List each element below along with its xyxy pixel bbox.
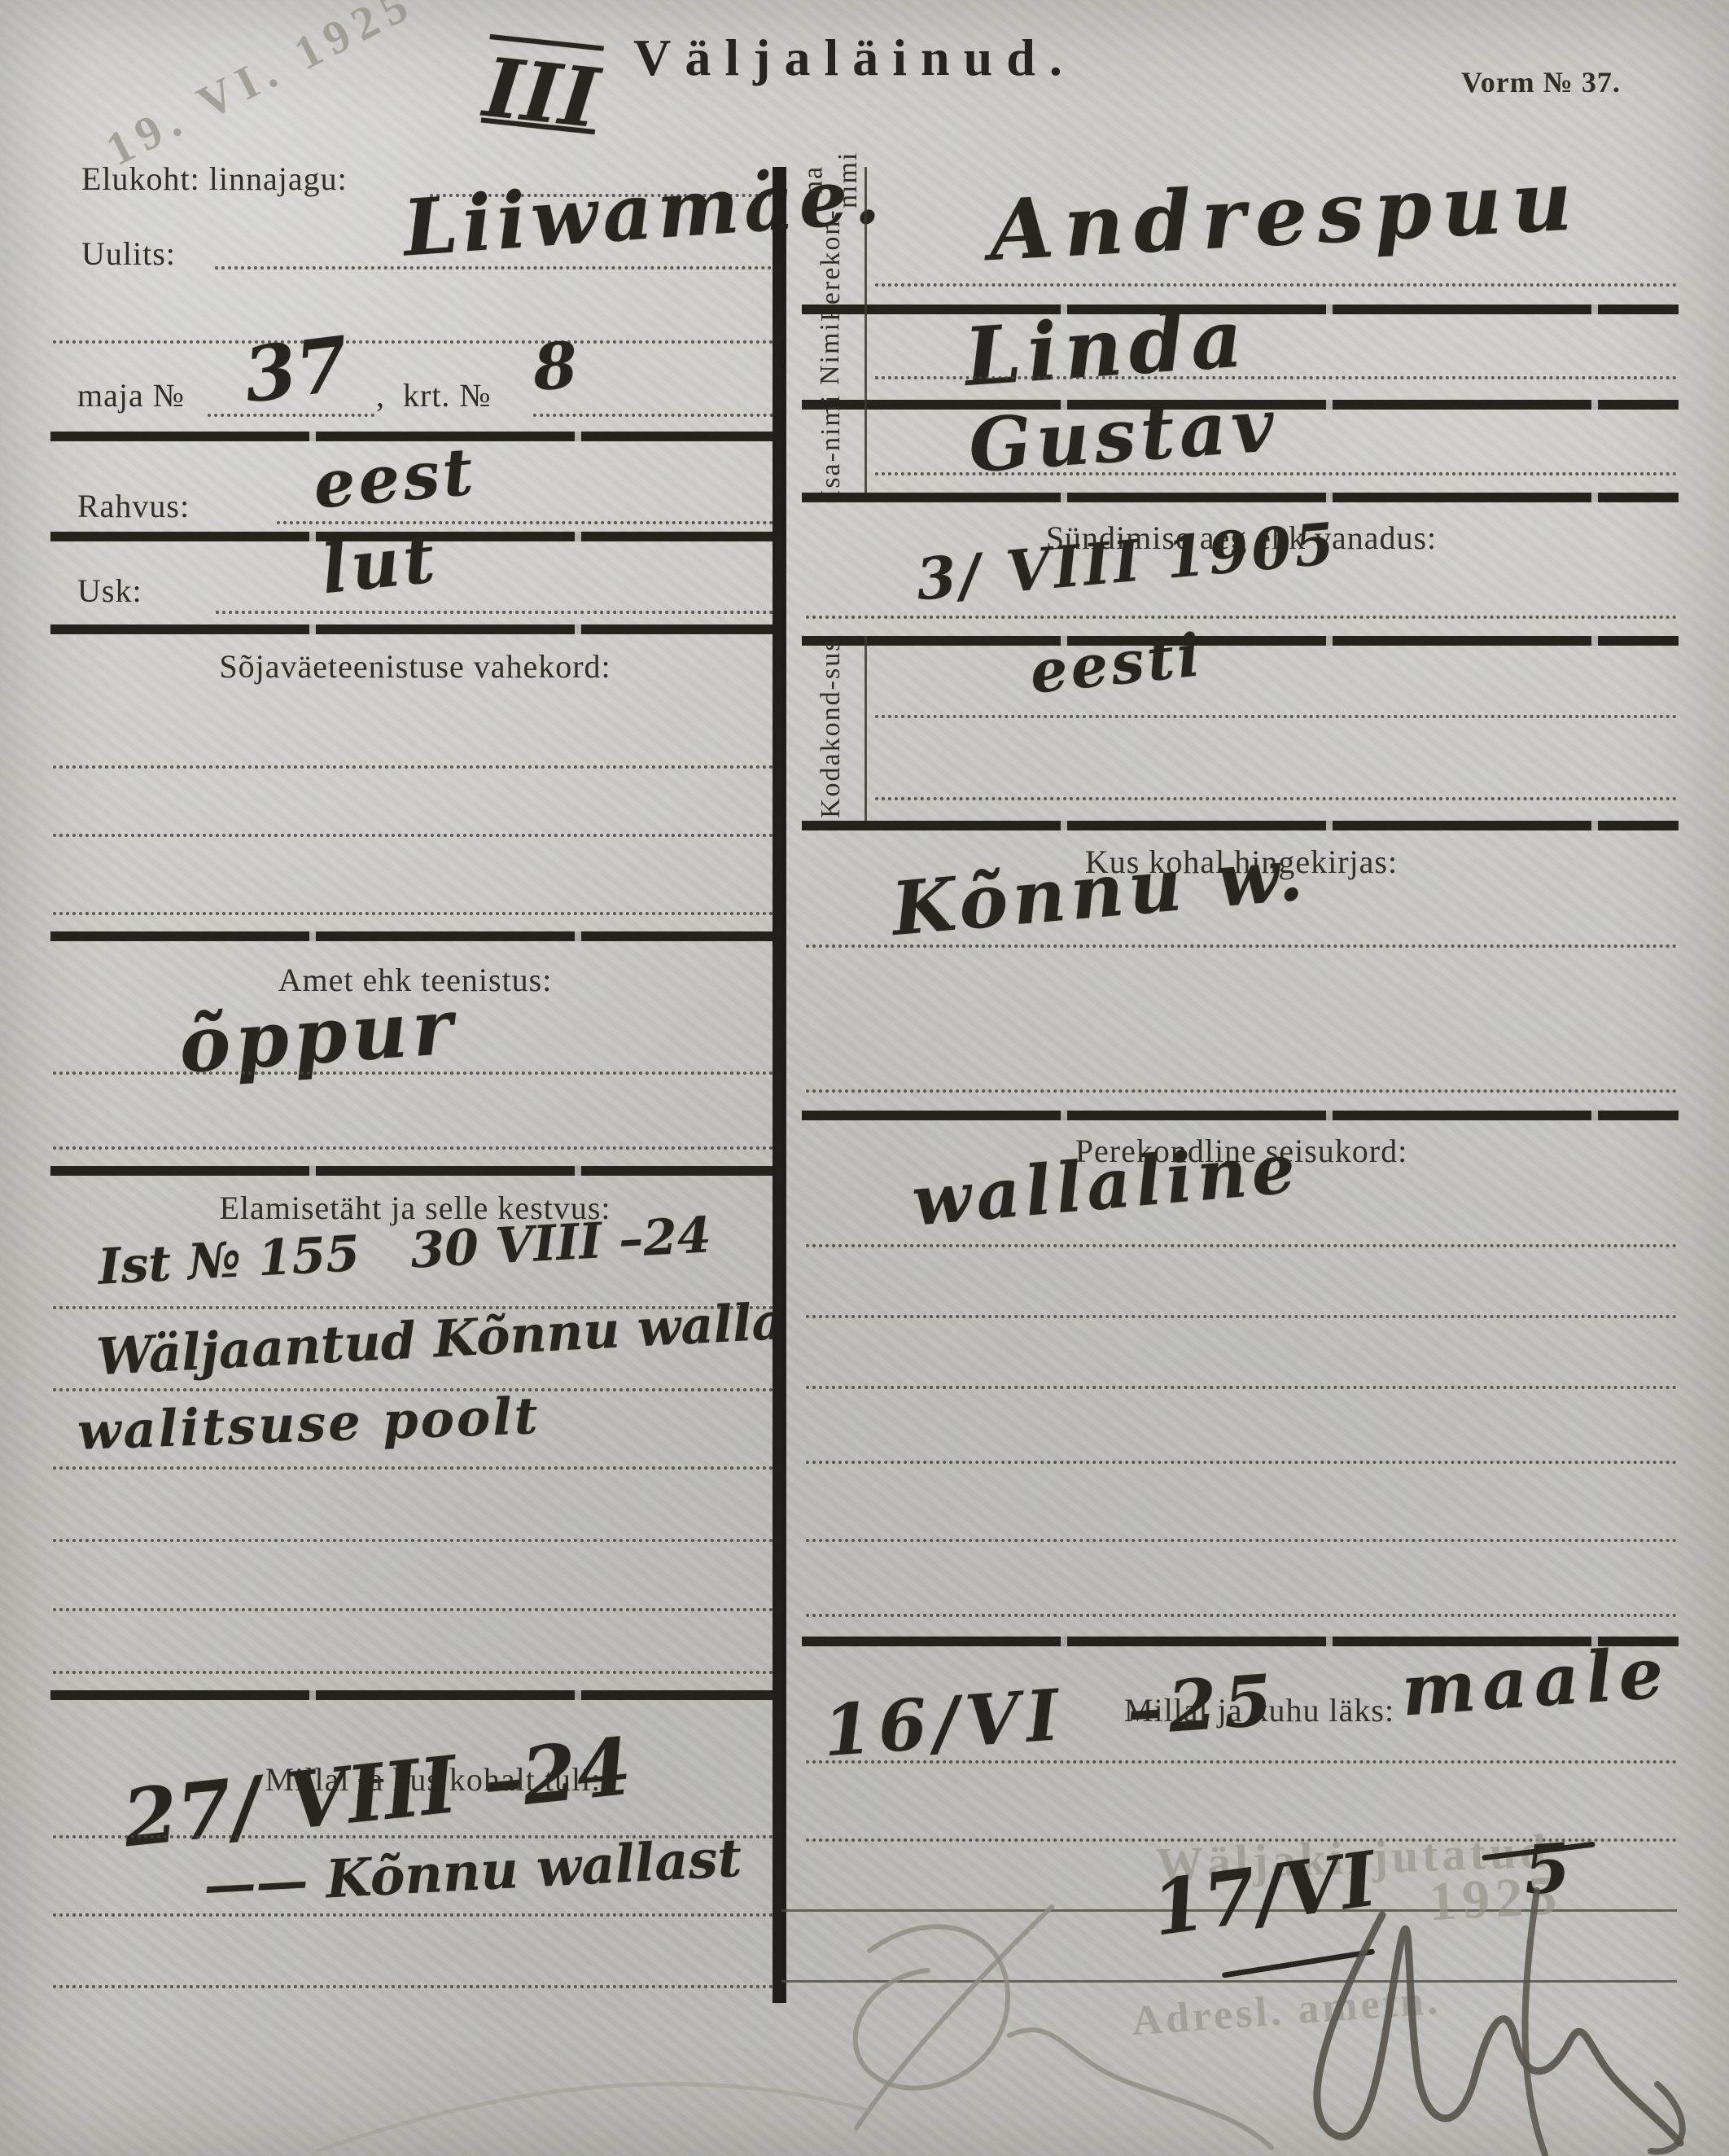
rahvus-dotted-line: [277, 521, 773, 524]
ruled-line: [53, 1608, 773, 1611]
ruled-line: [806, 1089, 1677, 1093]
label-cell-rule: [864, 305, 867, 400]
form-title: Väljaläinud.: [521, 28, 1188, 88]
column-divider: [773, 167, 786, 2003]
krt-dotted-line: [533, 414, 773, 417]
perekonnanimi-label-line2: na nimi: [797, 151, 866, 208]
label-cell-rule: [864, 636, 867, 821]
ruled-line: [806, 1760, 1677, 1764]
ruled-line: [875, 715, 1677, 718]
field-usk-label: Usk:: [77, 572, 142, 610]
ruled-line: [806, 944, 1677, 948]
usk-dotted-line: [216, 611, 773, 614]
separator-bar: [802, 1111, 1679, 1120]
ruled-line: [53, 1985, 773, 1988]
ruled-line: [53, 834, 773, 837]
isanimi-label-line1: Isa-: [814, 451, 849, 499]
scanned-form-page: 19. VI. 1925 Väljaläinud. Vorm № 37. Elu…: [0, 0, 1729, 2156]
label-cell-rule: [864, 167, 867, 305]
exit-year-written: 5: [1521, 1829, 1574, 1910]
field-sojavaeteenistus-label: Sõjaväeteenistuse vahekord:: [53, 647, 777, 686]
vertical-label-perekonnanimi: Perekon- na nimi: [794, 173, 869, 300]
separator-bar: [50, 624, 780, 634]
isanimi-label-line2: nimi: [814, 393, 849, 450]
separator-bar: [50, 1166, 780, 1176]
ruled-line: [53, 1913, 773, 1917]
field-perekonnanimi-value: Andrespuu: [987, 151, 1584, 280]
field-maja-label: maja №: [77, 376, 185, 414]
ruled-line: [53, 1466, 773, 1470]
uulits-dotted-line-2: [53, 340, 773, 344]
field-uulits-label: Uulits:: [81, 234, 176, 273]
field-elukoht-value: III: [479, 39, 603, 147]
ruled-line: [781, 1980, 1677, 1983]
ruled-line: [806, 616, 1677, 619]
separator-bar: [802, 821, 1679, 830]
ruled-line: [806, 1614, 1677, 1617]
kodakondsus-label-line1: Kodakond-: [814, 679, 849, 818]
field-rahvus-value: eest: [310, 432, 479, 523]
ruled-line: [53, 1671, 773, 1674]
ruled-line: [875, 472, 1677, 475]
kodakondsus-label-line2: sus: [814, 639, 849, 679]
vertical-label-nimi: Nimi: [802, 311, 859, 396]
ruled-line: [806, 1539, 1677, 1542]
pencil-stroke: [317, 2084, 868, 2151]
ruled-line: [806, 1244, 1677, 1247]
ruled-line: [53, 1146, 773, 1150]
ruled-line: [875, 797, 1677, 800]
vertical-label-isanimi: Isa- nimi: [794, 405, 869, 487]
nimi-label: Nimi: [813, 322, 848, 385]
field-krt-value: 8: [531, 328, 580, 405]
field-maja-value: 37: [239, 320, 353, 420]
field-rahvus-label: Rahvus:: [77, 487, 190, 525]
field-elamisetaht-line3: walitsuse poolt: [77, 1386, 541, 1461]
ruled-line: [806, 1461, 1677, 1464]
label-cell-rule: [864, 400, 867, 493]
ruled-line: [53, 765, 773, 769]
separator-bar: [50, 1690, 780, 1700]
ruled-line: [53, 1539, 773, 1542]
field-krt-label: , krt. №: [376, 376, 492, 414]
form-number: Vorm № 37.: [1461, 65, 1621, 99]
ruled-line: [53, 1071, 773, 1075]
ruled-line: [806, 1315, 1677, 1318]
vertical-label-kodakondsus: Kodakond- sus: [794, 643, 869, 814]
ruled-line: [53, 912, 773, 915]
field-usk-value: lut: [317, 519, 442, 609]
received-date-stamp: 19. VI. 1925: [98, 0, 424, 177]
pen-dash: [1222, 1948, 1376, 1979]
official-signature: [1651, 2084, 1683, 2152]
exit-stamp-line2: Adresl. ametn.: [1130, 1976, 1442, 2045]
field-elukoht-label: Elukoht: linnajagu:: [81, 160, 348, 198]
pencil-signature: [856, 1907, 1052, 2128]
pencil-signature: [856, 1926, 1008, 2088]
separator-bar: [50, 931, 780, 941]
field-kodakondsus-value: eesti: [1026, 620, 1206, 707]
ruled-line: [875, 283, 1677, 287]
ruled-line: [875, 376, 1677, 379]
official-signature: [1525, 1891, 1546, 2154]
ruled-line: [806, 1386, 1677, 1389]
separator-bar: [802, 493, 1679, 502]
separator-bar: [802, 636, 1679, 646]
pencil-signature: [1009, 2030, 1272, 2148]
